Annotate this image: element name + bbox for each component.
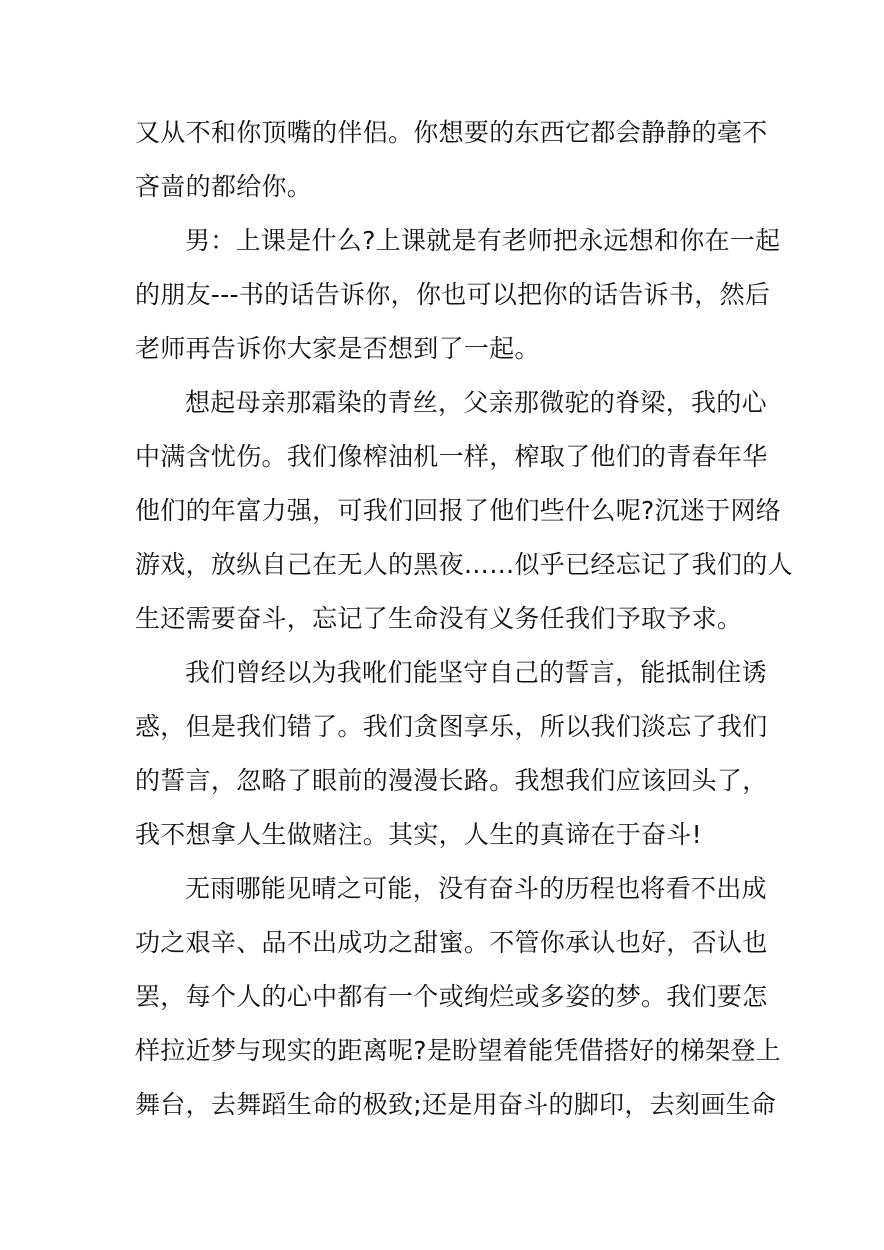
text-line: 舞台，去舞蹈生命的极致;还是用奋斗的脚印，去刻画生命	[135, 1089, 755, 1121]
paragraph-start-line: 无雨哪能见晴之可能，没有奋斗的历程也将看不出成	[185, 873, 755, 905]
text-line: 罢，每个人的心中都有一个或绚烂或多姿的梦。我们要怎	[135, 981, 755, 1013]
text-line: 吝啬的都给你。	[135, 171, 755, 203]
text-line: 中满含忧伤。我们像榨油机一样，榨取了他们的青春年华	[135, 441, 755, 473]
text-line: 的朋友---书的话告诉你，你也可以把你的话告诉书，然后	[135, 279, 755, 311]
text-line: 生还需要奋斗，忘记了生命没有义务任我们予取予求。	[135, 603, 755, 635]
text-line: 游戏，放纵自己在无人的黑夜……似乎已经忘记了我们的人	[135, 549, 755, 581]
text-line: 惑，但是我们错了。我们贪图享乐，所以我们淡忘了我们	[135, 711, 755, 743]
paragraph-start-line: 我们曾经以为我吪们能坚守自己的誓言，能抵制住诱	[185, 657, 755, 689]
text-line: 他们的年富力强，可我们回报了他们些什么呢?沉迷于网络	[135, 495, 755, 527]
text-line: 功之艰辛、品不出成功之甜蜜。不管你承认也好，否认也	[135, 927, 755, 959]
text-line: 老师再告诉你大家是否想到了一起。	[135, 333, 755, 365]
text-line: 我不想拿人生做赌注。其实，人生的真谛在于奋斗!	[135, 819, 755, 851]
text-line: 的誓言，忽略了眼前的漫漫长路。我想我们应该回头了，	[135, 765, 755, 797]
text-line: 又从不和你顶嘴的伴侣。你想要的东西它都会静静的毫不	[135, 117, 755, 149]
paragraph-start-line: 想起母亲那霜染的青丝，父亲那微驼的脊梁，我的心	[185, 387, 755, 419]
paragraph-start-line: 男：上课是什么?上课就是有老师把永远想和你在一起	[185, 225, 755, 257]
document-page: 又从不和你顶嘴的伴侣。你想要的东西它都会静静的毫不 吝啬的都给你。 男：上课是什…	[0, 0, 884, 1250]
text-line: 样拉近梦与现实的距离呢?是盼望着能凭借搭好的梯架登上	[135, 1035, 755, 1067]
